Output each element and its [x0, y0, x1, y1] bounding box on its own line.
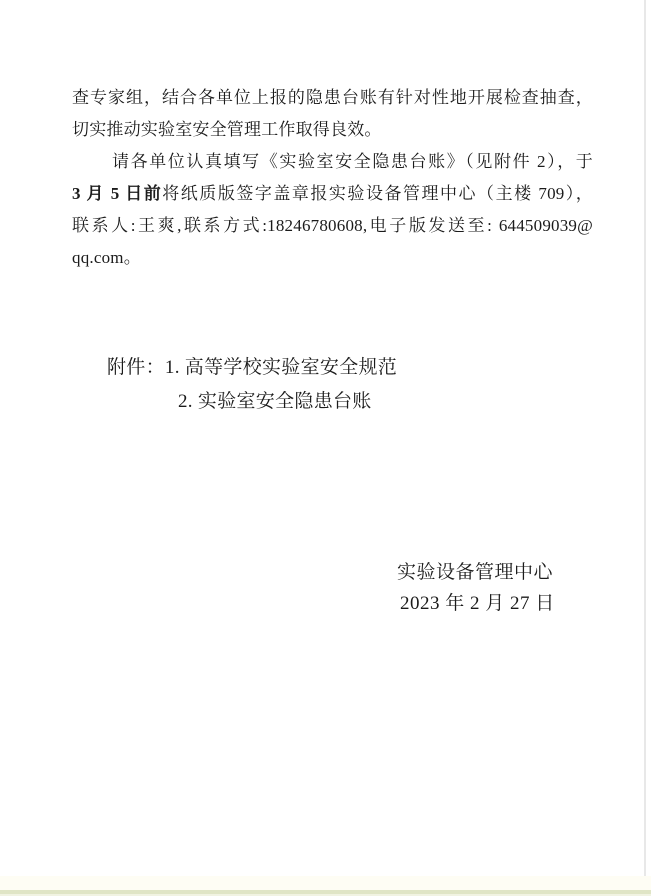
document-page: 查专家组，结合各单位上报的隐患台账有针对性地开展检查抽查， 切实推动实验室安全管… — [0, 0, 651, 896]
attachment-item-1: 附件：1. 高等学校实验室安全规范 — [107, 351, 397, 385]
scan-bottom-shade — [0, 876, 651, 890]
signature-organization: 实验设备管理中心 — [397, 562, 553, 584]
paragraph2-line2: 3 月 5 日前将纸质版签字盖章报实验设备管理中心（主楼 709）， — [72, 178, 593, 210]
deadline-emphasis: 3 月 5 日前 — [72, 184, 162, 203]
paragraph2-line1: 请各单位认真填写《实验室安全隐患台账》（见附件 2），于 — [72, 146, 593, 178]
paragraph1-line1: 查专家组，结合各单位上报的隐患台账有针对性地开展检查抽查， — [72, 82, 593, 114]
body-text: 查专家组，结合各单位上报的隐患台账有针对性地开展检查抽查， 切实推动实验室安全管… — [72, 82, 593, 274]
attachment-item-2: 2. 实验室安全隐患台账 — [107, 385, 397, 419]
page-edge-line — [644, 0, 646, 894]
attachment-list: 附件：1. 高等学校实验室安全规范 2. 实验室安全隐患台账 — [107, 351, 397, 419]
signature-date: 2023 年 2 月 27 日 — [400, 593, 555, 615]
paragraph2-line4-email-tail: qq.com。 — [72, 242, 593, 274]
paragraph2-line3-contact: 联系人:王爽,联系方式:18246780608,电子版发送至: 64450903… — [72, 210, 593, 242]
paragraph1-line2: 切实推动实验室安全管理工作取得良效。 — [72, 114, 593, 146]
paragraph2-line2-rest: 将纸质版签字盖章报实验设备管理中心（主楼 709）， — [162, 184, 593, 203]
